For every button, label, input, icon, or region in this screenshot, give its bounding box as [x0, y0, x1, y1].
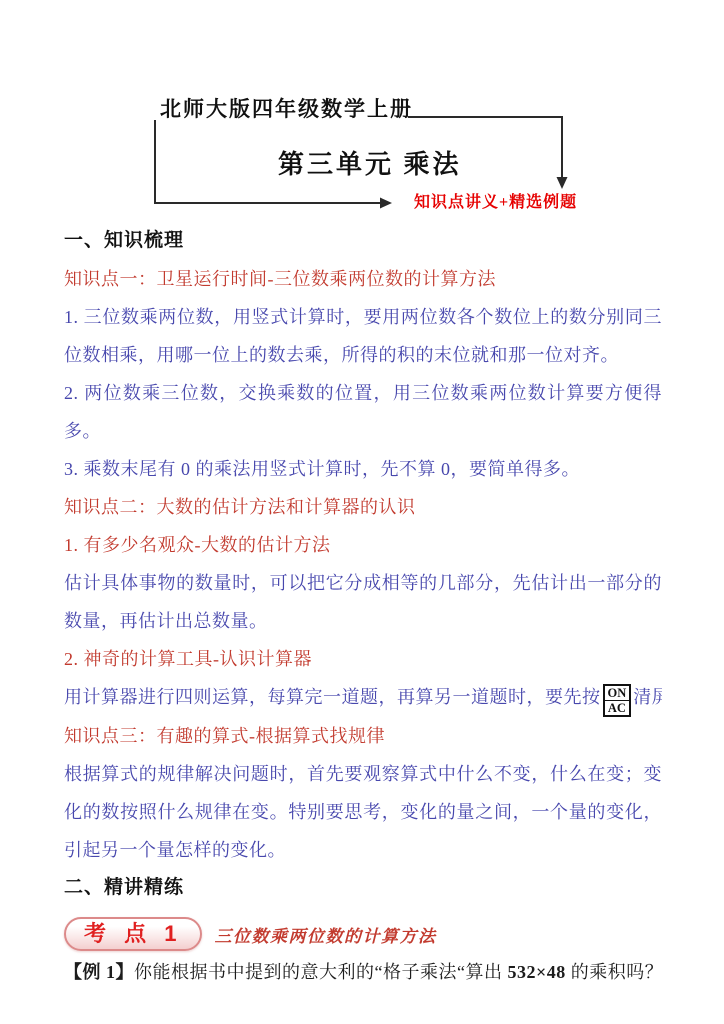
kp2-sub2-text: 用计算器进行四则运算，每算完一道题，再算另一道题时，要先按ONAC清屏。 [64, 678, 662, 717]
document-body: 一、知识梳理 知识点一：卫星运行时间-三位数乘两位数的计算方法 1. 三位数乘两… [64, 222, 662, 991]
kp2-sub1-title: 1. 有多少名观众-大数的估计方法 [64, 526, 662, 564]
calc-text-after: 清屏。 [633, 687, 662, 707]
kp2-sub1-text: 估计具体事物的数量时，可以把它分成相等的几部分，先估计出一部分的数量，再估计出总… [64, 564, 662, 640]
section2-heading: 二、精讲精练 [64, 869, 662, 907]
example1-label: 【例 1】 [64, 962, 134, 982]
calc-text-before: 用计算器进行四则运算，每算完一道题，再算另一道题时，要先按 [64, 687, 601, 707]
onac-key-ac-label: AC [605, 701, 630, 715]
example1-paragraph: 【例 1】你能根据书中提到的意大利的“格子乘法“算出 532×48 的乘积吗？试 [64, 953, 662, 991]
kaodian-row: 考 点 1 三位数乘两位数的计算方法 [64, 915, 662, 953]
kp3-title: 知识点三：有趣的算式-根据算式找规律 [64, 717, 662, 755]
kp2-sub2-title: 2. 神奇的计算工具-认识计算器 [64, 640, 662, 678]
header-diagram: 北师大版四年级数学上册 第三单元 乘法 知识点讲义+精选例题 [0, 0, 724, 220]
kp2-title: 知识点二：大数的估计方法和计算器的认识 [64, 488, 662, 526]
calculator-onac-key: ONAC [603, 684, 632, 717]
kp3-text: 根据算式的规律解决问题时，首先要观察算式中什么不变，什么在变；变化的数按照什么规… [64, 755, 662, 869]
example1-text1: 你能根据书中提到的意大利的“格子乘法“算出 [134, 962, 507, 982]
header-tagline: 知识点讲义+精选例题 [414, 189, 577, 212]
kp1-item-1: 1. 三位数乘两位数，用竖式计算时，要用两位数各个数位上的数分别同三位数相乘，用… [64, 298, 662, 374]
book-title: 北师大版四年级数学上册 [160, 93, 413, 123]
example1-text2: 的乘积吗？试 [566, 962, 662, 982]
kp1-item-2: 2. 两位数乘三位数，交换乘数的位置，用三位数乘两位数计算要方便得多。 [64, 374, 662, 450]
kp1-title: 知识点一：卫星运行时间-三位数乘两位数的计算方法 [64, 260, 662, 298]
onac-key-on-label: ON [605, 686, 630, 701]
kp1-item-3: 3. 乘数末尾有 0 的乘法用竖式计算时，先不算 0，要简单得多。 [64, 450, 662, 488]
example1-expression: 532×48 [507, 962, 565, 982]
kaodian-subtitle: 三位数乘两位数的计算方法 [214, 922, 436, 947]
unit-title: 第三单元 乘法 [278, 144, 462, 181]
document-page: 北师大版四年级数学上册 第三单元 乘法 知识点讲义+精选例题 一、知识梳理 知识… [0, 0, 724, 1024]
kaodian-badge: 考 点 1 [64, 917, 202, 951]
section1-heading: 一、知识梳理 [64, 222, 662, 260]
